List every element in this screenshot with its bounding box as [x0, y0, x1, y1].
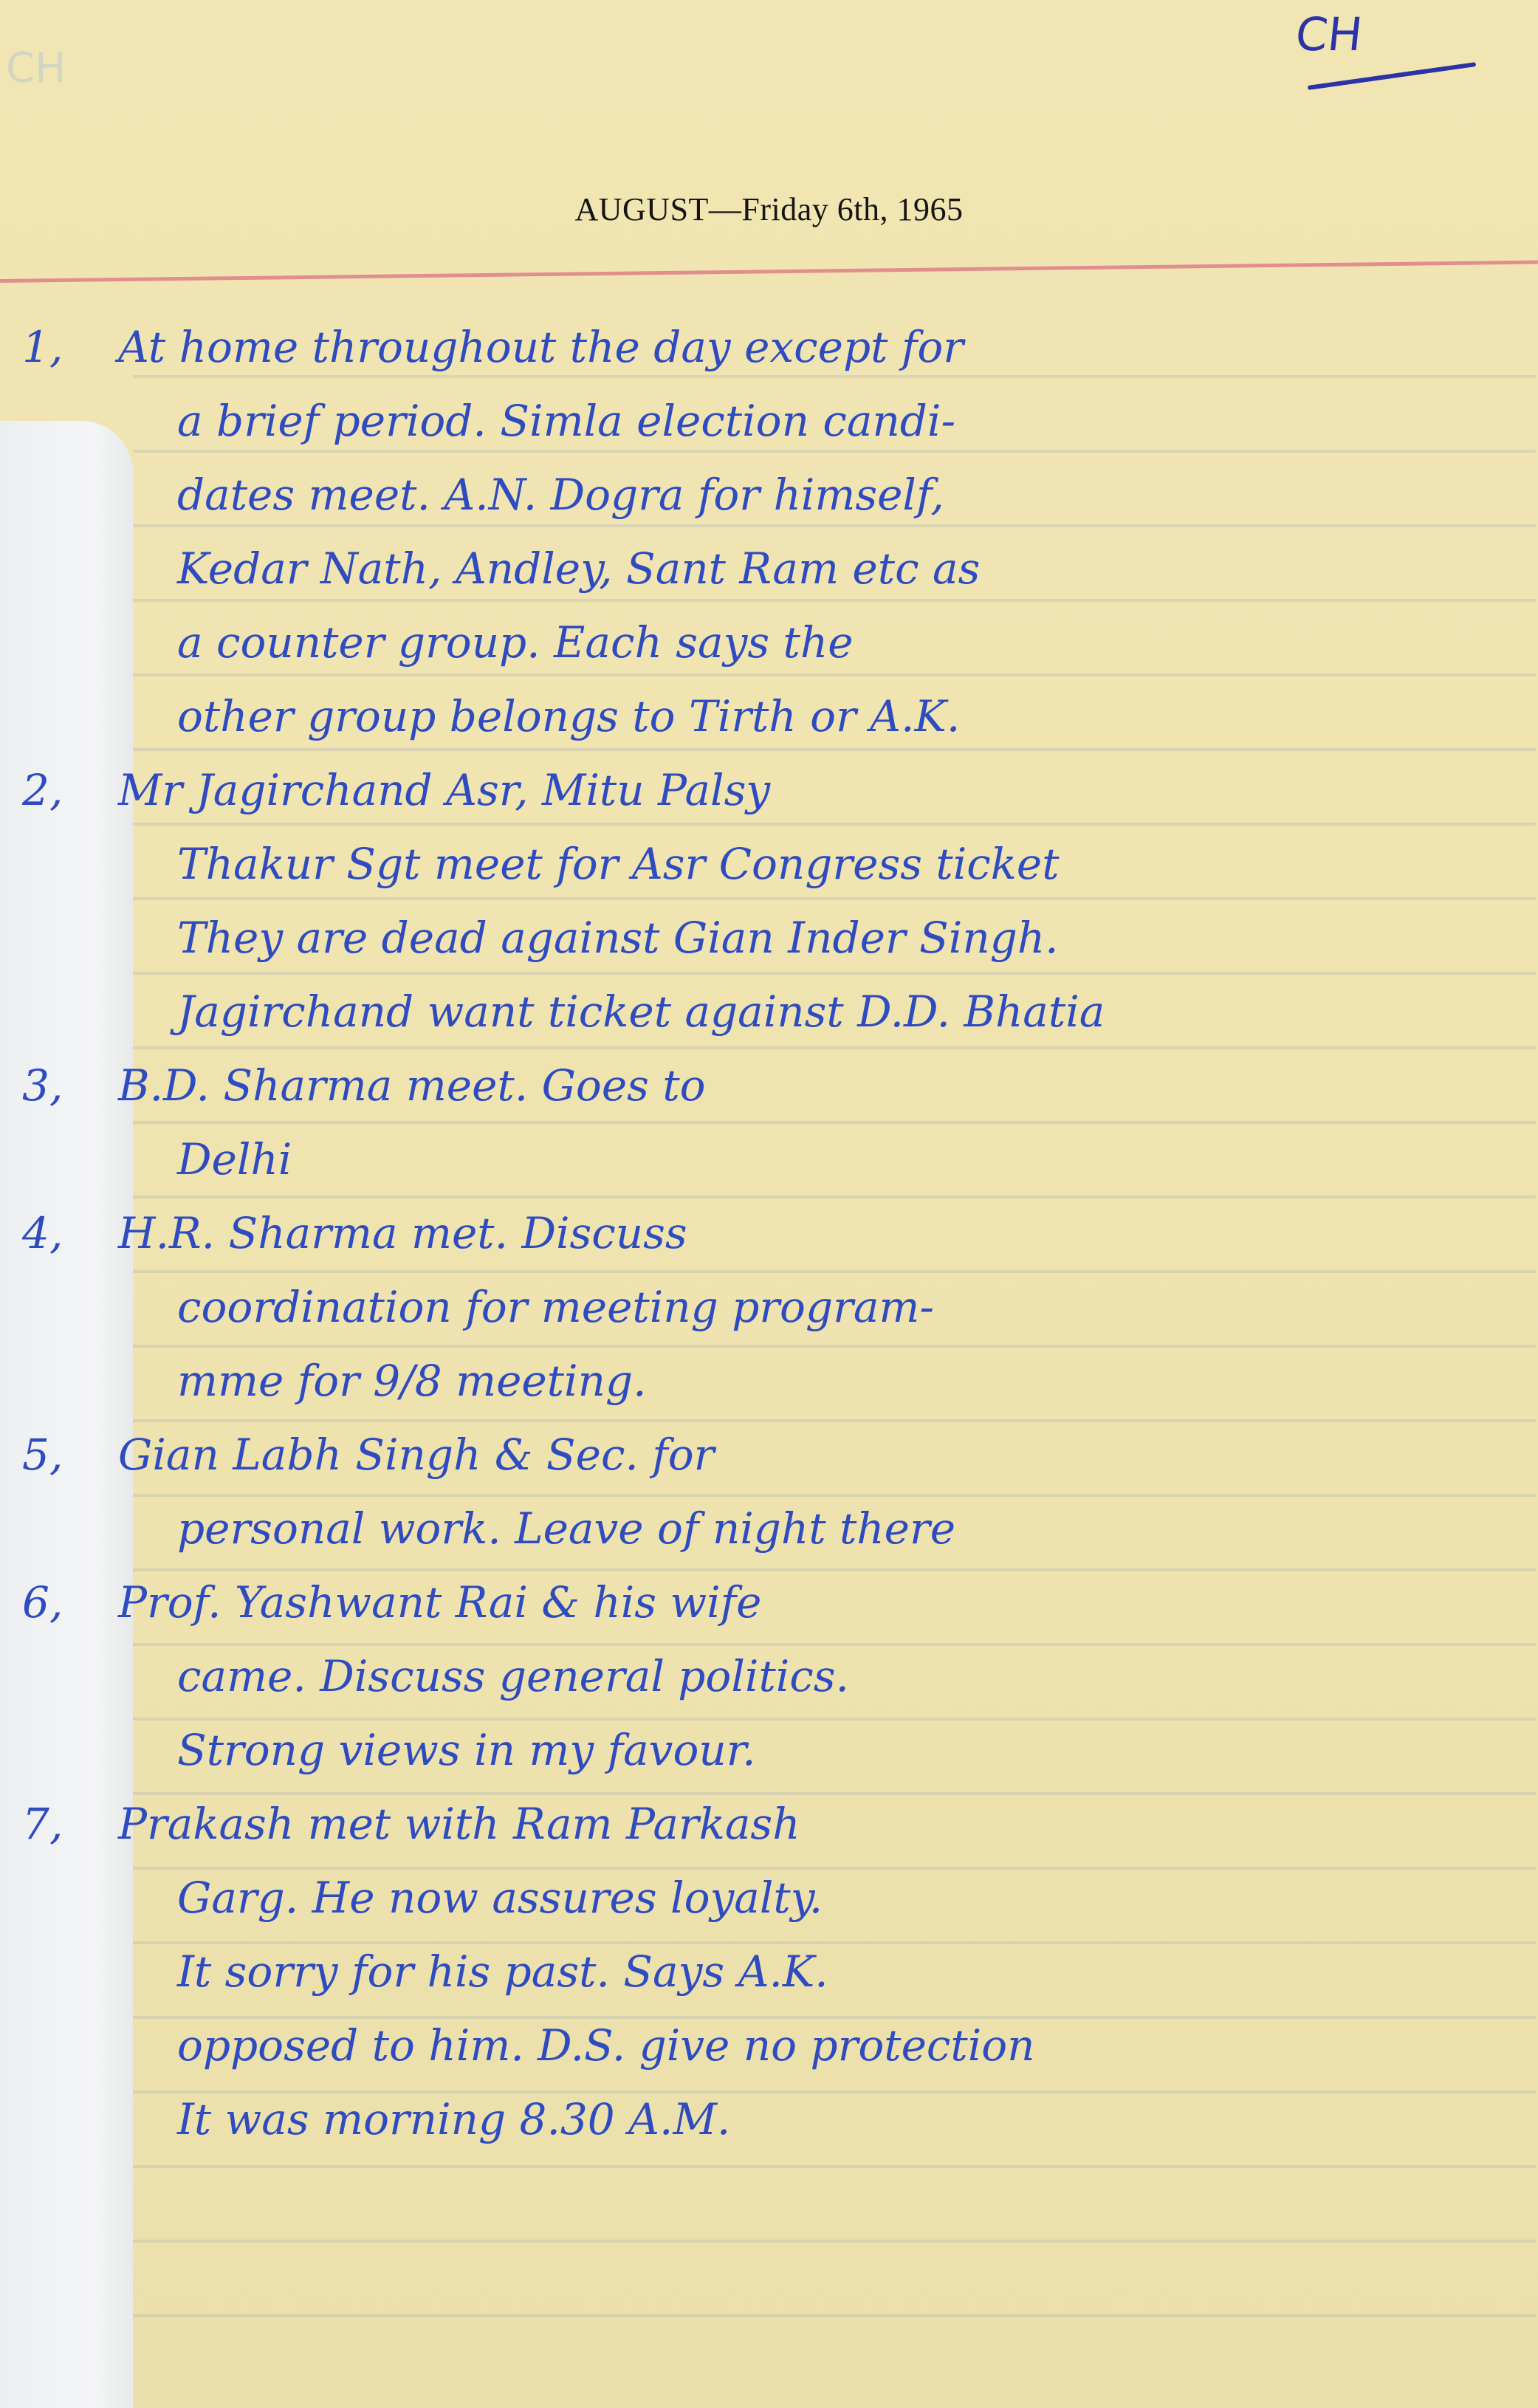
entry-text: a counter group. Each says the: [177, 606, 854, 679]
entry-number: 3,: [22, 1049, 103, 1122]
ruled-line: [133, 2165, 1536, 2168]
entry-text: Mr Jagirchand Asr, Mitu Palsy: [118, 753, 770, 827]
entry-line: 6,Prof. Yashwant Rai & his wife: [22, 1565, 1521, 1639]
entry-line: dates meet. A.N. Dogra for himself,: [22, 458, 1521, 532]
entry-line: personal work. Leave of night there: [22, 1492, 1521, 1565]
entry-line: 7,Prakash met with Ram Parkash: [22, 1787, 1521, 1861]
entry-number: 6,: [22, 1565, 103, 1639]
entry-text: They are dead against Gian Inder Singh.: [177, 901, 1059, 975]
entry-line: It was morning 8.30 A.M.: [22, 2082, 1521, 2156]
entry-text: Garg. He now assures loyalty.: [177, 1861, 823, 1935]
entry-text: opposed to him. D.S. give no protection: [177, 2009, 1035, 2082]
entry-text: It was morning 8.30 A.M.: [177, 2082, 730, 2156]
corner-mark-underline: [1308, 62, 1477, 90]
entry-line: 5,Gian Labh Singh & Sec. for: [22, 1418, 1521, 1492]
entry-text: Prakash met with Ram Parkash: [118, 1787, 800, 1861]
entry-text: mme for 9/8 meeting.: [177, 1344, 647, 1418]
diary-entries: 1,At home throughout the day except fora…: [22, 310, 1521, 2156]
entry-number: 4,: [22, 1196, 103, 1270]
entry-text: a brief period. Simla election candi-: [177, 384, 955, 458]
entry-line: It sorry for his past. Says A.K.: [22, 1935, 1521, 2009]
entry-line: They are dead against Gian Inder Singh.: [22, 901, 1521, 975]
margin-rule: [0, 261, 1538, 283]
entry-text: Thakur Sgt meet for Asr Congress ticket: [177, 827, 1060, 901]
entry-line: 3,B.D. Sharma meet. Goes to: [22, 1049, 1521, 1122]
entry-line: a brief period. Simla election candi-: [22, 384, 1521, 458]
entry-line: a counter group. Each says the: [22, 606, 1521, 679]
entry-text: other group belongs to Tirth or A.K.: [177, 679, 960, 753]
entry-text: coordination for meeting program-: [177, 1270, 934, 1344]
entry-text: It sorry for his past. Says A.K.: [177, 1935, 828, 2009]
entry-line: Jagirchand want ticket against D.D. Bhat…: [22, 975, 1521, 1049]
ghost-mark: CH: [6, 44, 66, 92]
entry-line: mme for 9/8 meeting.: [22, 1344, 1521, 1418]
entry-text: Delhi: [177, 1122, 292, 1196]
corner-mark: CH: [1293, 7, 1365, 61]
entry-line: Delhi: [22, 1122, 1521, 1196]
entry-line: Garg. He now assures loyalty.: [22, 1861, 1521, 1935]
entry-line: opposed to him. D.S. give no protection: [22, 2009, 1521, 2082]
page-date-header: AUGUST—Friday 6th, 1965: [0, 191, 1538, 228]
entry-line: came. Discuss general politics.: [22, 1639, 1521, 1713]
entry-text: dates meet. A.N. Dogra for himself,: [177, 458, 944, 532]
entry-line: 2,Mr Jagirchand Asr, Mitu Palsy: [22, 753, 1521, 827]
diary-page: CH CH AUGUST—Friday 6th, 1965 1,At home …: [0, 0, 1538, 2408]
entry-line: 4,H.R. Sharma met. Discuss: [22, 1196, 1521, 1270]
entry-number: 2,: [22, 753, 103, 827]
ruled-line: [133, 2240, 1536, 2243]
ruled-line: [133, 2314, 1536, 2317]
entry-text: came. Discuss general politics.: [177, 1639, 849, 1713]
entry-text: At home throughout the day except for: [118, 310, 964, 384]
entry-number: 5,: [22, 1418, 103, 1492]
entry-line: Kedar Nath, Andley, Sant Ram etc as: [22, 532, 1521, 606]
entry-text: H.R. Sharma met. Discuss: [118, 1196, 687, 1270]
entry-text: personal work. Leave of night there: [177, 1492, 955, 1565]
entry-number: 1,: [22, 310, 103, 384]
entry-text: Jagirchand want ticket against D.D. Bhat…: [177, 975, 1105, 1049]
entry-text: Kedar Nath, Andley, Sant Ram etc as: [177, 532, 980, 606]
entry-text: B.D. Sharma meet. Goes to: [118, 1049, 706, 1122]
entry-text: Gian Labh Singh & Sec. for: [118, 1418, 714, 1492]
entry-line: coordination for meeting program-: [22, 1270, 1521, 1344]
entry-line: Strong views in my favour.: [22, 1713, 1521, 1787]
entry-text: Prof. Yashwant Rai & his wife: [118, 1565, 761, 1639]
entry-line: other group belongs to Tirth or A.K.: [22, 679, 1521, 753]
entry-line: 1,At home throughout the day except for: [22, 310, 1521, 384]
entry-text: Strong views in my favour.: [177, 1713, 756, 1787]
entry-line: Thakur Sgt meet for Asr Congress ticket: [22, 827, 1521, 901]
entry-number: 7,: [22, 1787, 103, 1861]
